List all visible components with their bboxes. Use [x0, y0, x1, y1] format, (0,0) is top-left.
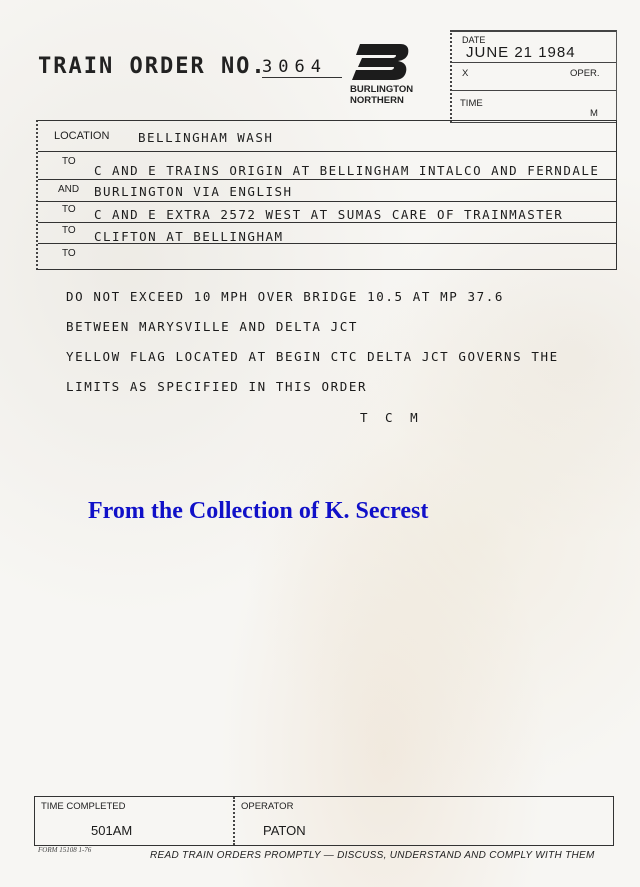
to-label-5: TO — [62, 248, 76, 259]
order-line-4: LIMITS AS SPECIFIED IN THIS ORDER — [66, 379, 367, 394]
signature: T C M — [360, 410, 423, 425]
x-label: X — [462, 68, 468, 79]
footer-note: READ TRAIN ORDERS PROMPTLY — DISCUSS, UN… — [150, 850, 595, 861]
form-number: FORM 15108 1-76 — [38, 846, 91, 854]
logo-text-northern: NORTHERN — [350, 95, 425, 106]
to-value-3: C AND E EXTRA 2572 WEST AT SUMAS CARE OF… — [94, 207, 563, 222]
to-label-1: TO — [62, 156, 76, 167]
order-line-3: YELLOW FLAG LOCATED AT BEGIN CTC DELTA J… — [66, 349, 559, 364]
to-label-2: AND — [58, 184, 79, 195]
to-label-4: TO — [62, 225, 76, 236]
collection-watermark: From the Collection of K. Secrest — [88, 498, 428, 525]
operator-label: OPERATOR — [241, 801, 293, 812]
order-number: 3064 — [262, 57, 342, 78]
order-line-1: DO NOT EXCEED 10 MPH OVER BRIDGE 10.5 AT… — [66, 289, 504, 304]
time-completed-label: TIME COMPLETED — [41, 801, 125, 812]
burlington-northern-logo-icon — [350, 42, 412, 82]
location-label: LOCATION — [54, 130, 109, 142]
order-line-2: BETWEEN MARYSVILLE AND DELTA JCT — [66, 319, 358, 334]
time-label: TIME — [460, 98, 483, 109]
date-value: JUNE 21 1984 — [466, 44, 576, 61]
location-value: BELLINGHAM WASH — [138, 130, 273, 145]
operator-value: PATON — [263, 823, 306, 838]
completion-box: TIME COMPLETED 501AM OPERATOR PATON — [34, 796, 614, 846]
date-box: DATE JUNE 21 1984 X OPER. TIME M — [450, 30, 617, 123]
to-value-4: CLIFTON AT BELLINGHAM — [94, 229, 284, 244]
to-value-1: C AND E TRAINS ORIGIN AT BELLINGHAM INTA… — [94, 163, 599, 178]
addressing-grid: LOCATION BELLINGHAM WASH TO C AND E TRAI… — [36, 120, 617, 270]
oper-label: OPER. — [570, 68, 600, 79]
logo-text-burlington: BURLINGTON — [350, 84, 425, 95]
company-logo: BURLINGTON NORTHERN — [350, 42, 425, 106]
to-label-3: TO — [62, 204, 76, 215]
m-label: M — [590, 108, 598, 119]
form-title: TRAIN ORDER NO. — [38, 54, 267, 79]
to-value-2: BURLINGTON VIA ENGLISH — [94, 184, 293, 199]
time-completed-value: 501AM — [91, 823, 132, 838]
